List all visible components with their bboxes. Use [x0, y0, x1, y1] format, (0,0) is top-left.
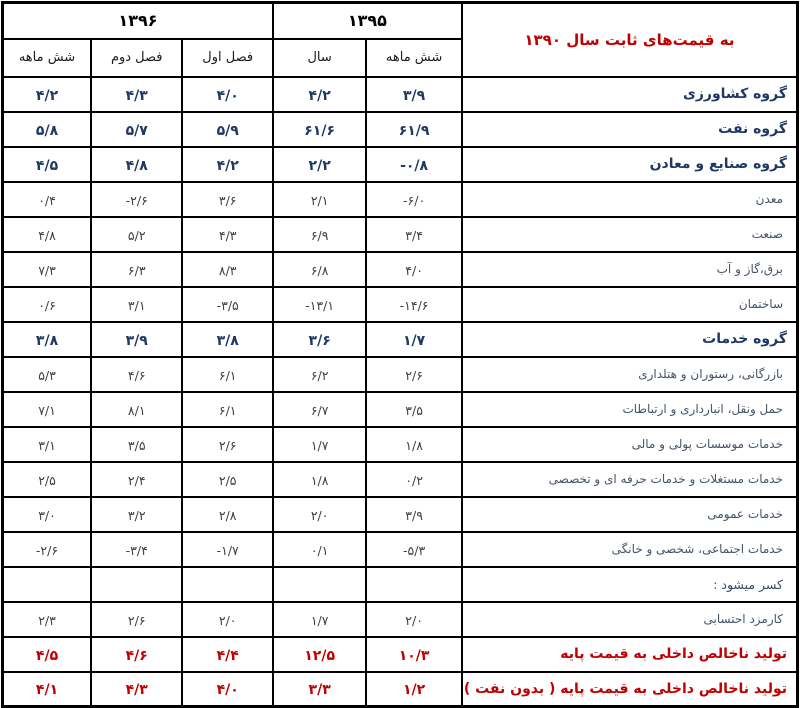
cell-value: -۲/۶	[126, 193, 148, 208]
cell-value: ۶/۳	[128, 263, 146, 278]
table-row: تولید ناخالص داخلی به قیمت پایه ( بدون ن…	[3, 672, 798, 707]
cell-value: ۴/۶	[126, 648, 148, 664]
value-cell: ۶/۷	[273, 392, 366, 427]
value-cell: ۴/۲	[273, 77, 366, 112]
cell-value: ۳/۲	[128, 508, 146, 523]
value-cell: ۴/۶	[91, 357, 182, 392]
col-header-1396-quarter2: فصل دوم	[91, 39, 182, 77]
cell-value: ۲/۳	[38, 613, 56, 628]
gdp-growth-report-page: به قیمت‌های ثابت سال ۱۳۹۰ ۱۳۹۵ ۱۳۹۶ شش م…	[0, 1, 800, 708]
value-cell: ۶۱/۶	[273, 112, 366, 147]
cell-value: ۱۲/۵	[304, 648, 335, 664]
value-cell: ۲/۱	[273, 182, 366, 217]
cell-value: ۳/۹	[405, 508, 423, 523]
value-cell: ۱/۸	[273, 462, 366, 497]
row-label: صنعت	[462, 217, 798, 252]
cell-value: ۴/۲	[309, 88, 331, 104]
cell-value: ۲/۰	[219, 613, 237, 628]
cell-value: ۲/۶	[128, 613, 146, 628]
value-cell: ۳/۲	[91, 497, 182, 532]
cell-value: ۴/۰	[217, 682, 239, 698]
table-row: گروه نفت۶۱/۹۶۱/۶۵/۹۵/۷۵/۸	[3, 112, 798, 147]
cell-value: ۱/۸	[311, 473, 329, 488]
constant-prices-title: به قیمت‌های ثابت سال ۱۳۹۰	[462, 3, 798, 77]
cell-value: ۲/۰	[311, 508, 329, 523]
cell-value: ۶/۲	[311, 368, 329, 383]
cell-value: ۴/۰	[405, 263, 423, 278]
cell-value: ۰/۱	[311, 543, 329, 558]
row-label: خدمات مستغلات و خدمات حرفه ای و تخصصی	[462, 462, 798, 497]
cell-value: ۴/۲	[217, 158, 239, 174]
cell-value: ۶/۱	[219, 403, 237, 418]
value-cell	[3, 567, 92, 602]
cell-value: ۵/۲	[128, 228, 146, 243]
cell-value: ۴/۳	[126, 88, 148, 104]
value-cell: ۵/۲	[91, 217, 182, 252]
cell-value: ۵/۳	[38, 368, 56, 383]
cell-value: ۵/۹	[217, 123, 239, 139]
value-cell: ۲/۰	[182, 602, 272, 637]
value-cell: ۶۱/۹	[366, 112, 461, 147]
row-label: بازرگانی، رستوران و هتلداری	[462, 357, 798, 392]
value-cell: ۲/۶	[366, 357, 461, 392]
value-cell: ۶/۲	[273, 357, 366, 392]
cell-value: ۴/۱	[36, 682, 58, 698]
cell-value: ۶/۷	[311, 403, 329, 418]
value-cell: ۸/۱	[91, 392, 182, 427]
value-cell	[91, 567, 182, 602]
value-cell: ۱۲/۵	[273, 637, 366, 672]
cell-value: ۴/۵	[36, 158, 58, 174]
value-cell: ۵/۸	[3, 112, 92, 147]
row-label: حمل ونقل، انبارداری و ارتباطات	[462, 392, 798, 427]
cell-value: ۲/۰	[405, 613, 423, 628]
table-row: کسر میشود :	[3, 567, 798, 602]
cell-value: ۳/۰	[38, 508, 56, 523]
row-label: تولید ناخالص داخلی به قیمت پایه	[462, 637, 798, 672]
value-cell: ۶/۱	[182, 392, 272, 427]
row-label: تولید ناخالص داخلی به قیمت پایه ( بدون ن…	[462, 672, 798, 707]
value-cell: ۳/۸	[3, 322, 92, 357]
value-cell: -۱۳/۱	[273, 287, 366, 322]
value-cell: ۳/۵	[366, 392, 461, 427]
value-cell: ۴/۰	[182, 672, 272, 707]
value-cell: -۲/۶	[91, 182, 182, 217]
cell-value: ۳/۱	[38, 438, 56, 453]
value-cell: ۵/۹	[182, 112, 272, 147]
cell-value: ۴/۲	[36, 88, 58, 104]
value-cell: ۲/۰	[366, 602, 461, 637]
cell-value: -۱/۷	[217, 543, 239, 558]
value-cell: -۲/۶	[3, 532, 92, 567]
value-cell: ۳/۱	[91, 287, 182, 322]
value-cell: ۲/۶	[182, 427, 272, 462]
cell-value: -۱۴/۶	[400, 298, 429, 313]
value-cell: ۷/۱	[3, 392, 92, 427]
value-cell: ۴/۴	[182, 637, 272, 672]
value-cell: ۶/۳	[91, 252, 182, 287]
cell-value: ۲/۸	[219, 508, 237, 523]
gdp-growth-table: به قیمت‌های ثابت سال ۱۳۹۰ ۱۳۹۵ ۱۳۹۶ شش م…	[1, 1, 799, 708]
year-1396-header: ۱۳۹۶	[3, 3, 273, 39]
cell-value: -۳/۵	[217, 298, 239, 313]
col-header-1396-quarter1: فصل اول	[182, 39, 272, 77]
value-cell: ۲/۰	[273, 497, 366, 532]
value-cell: ۵/۳	[3, 357, 92, 392]
cell-value: ۳/۸	[217, 333, 239, 349]
value-cell: ۰/۲	[366, 462, 461, 497]
cell-value: ۴/۸	[126, 158, 148, 174]
cell-value: ۳/۳	[309, 682, 331, 698]
cell-value: -۲/۶	[36, 543, 58, 558]
table-row: بازرگانی، رستوران و هتلداری۲/۶۶/۲۶/۱۴/۶۵…	[3, 357, 798, 392]
cell-value: ۴/۳	[219, 228, 237, 243]
value-cell: ۳/۹	[366, 497, 461, 532]
cell-value: ۶۱/۹	[399, 123, 430, 139]
cell-value: ۳/۹	[126, 333, 148, 349]
cell-value: ۲/۱	[311, 193, 329, 208]
col-header-1395-six-month: شش ماهه	[366, 39, 461, 77]
value-cell: ۴/۸	[3, 217, 92, 252]
cell-value: ۲/۶	[219, 438, 237, 453]
cell-value: ۴/۸	[38, 228, 56, 243]
value-cell: ۲/۸	[182, 497, 272, 532]
table-row: گروه صنایع و معادن-۰/۸۲/۲۴/۲۴/۸۴/۵	[3, 147, 798, 182]
cell-value: ۲/۴	[128, 473, 146, 488]
row-label: خدمات اجتماعی، شخصی و خانگی	[462, 532, 798, 567]
value-cell: ۳/۵	[91, 427, 182, 462]
cell-value: ۶/۹	[311, 228, 329, 243]
value-cell: ۲/۶	[91, 602, 182, 637]
cell-value: ۱/۲	[403, 682, 425, 698]
cell-value: ۰/۲	[405, 473, 423, 488]
value-cell: ۰/۴	[3, 182, 92, 217]
cell-value: ۱/۷	[311, 438, 329, 453]
value-cell: ۱/۸	[366, 427, 461, 462]
value-cell: ۱۰/۳	[366, 637, 461, 672]
table-header: به قیمت‌های ثابت سال ۱۳۹۰ ۱۳۹۵ ۱۳۹۶ شش م…	[3, 3, 798, 77]
cell-value: ۳/۶	[219, 193, 237, 208]
table-row: کارمزد احتسابی۲/۰۱/۷۲/۰۲/۶۲/۳	[3, 602, 798, 637]
cell-value: ۴/۰	[217, 88, 239, 104]
table-body: گروه کشاورزی۳/۹۴/۲۴/۰۴/۳۴/۲گروه نفت۶۱/۹۶…	[3, 77, 798, 707]
col-header-1396-six-month: شش ماهه	[3, 39, 92, 77]
value-cell: ۶/۱	[182, 357, 272, 392]
value-cell: ۴/۵	[3, 637, 92, 672]
value-cell: ۴/۳	[91, 77, 182, 112]
cell-value: ۸/۱	[128, 403, 146, 418]
row-label: گروه کشاورزی	[462, 77, 798, 112]
table-row: معدن-۶/۰۲/۱۳/۶-۲/۶۰/۴	[3, 182, 798, 217]
cell-value: -۶/۰	[403, 193, 425, 208]
value-cell: ۸/۳	[182, 252, 272, 287]
cell-value: ۲/۵	[38, 473, 56, 488]
table-row: خدمات موسسات پولی و مالی۱/۸۱/۷۲/۶۳/۵۳/۱	[3, 427, 798, 462]
row-label: برق،گاز و آب	[462, 252, 798, 287]
cell-value: ۷/۱	[38, 403, 56, 418]
value-cell: ۳/۸	[182, 322, 272, 357]
col-header-1395-year: سال	[273, 39, 366, 77]
value-cell: ۴/۵	[3, 147, 92, 182]
cell-value: ۳/۴	[405, 228, 423, 243]
value-cell: ۴/۸	[91, 147, 182, 182]
value-cell: ۳/۶	[273, 322, 366, 357]
cell-value: ۸/۳	[219, 263, 237, 278]
value-cell: ۳/۰	[3, 497, 92, 532]
cell-value: ۰/۶	[38, 298, 56, 313]
cell-value: ۲/۶	[405, 368, 423, 383]
value-cell: -۶/۰	[366, 182, 461, 217]
cell-value: -۵/۳	[403, 543, 425, 558]
cell-value: ۳/۵	[405, 403, 423, 418]
value-cell: ۲/۳	[3, 602, 92, 637]
value-cell: ۱/۷	[366, 322, 461, 357]
value-cell: ۴/۰	[182, 77, 272, 112]
value-cell	[366, 567, 461, 602]
value-cell: ۶/۸	[273, 252, 366, 287]
row-label: خدمات موسسات پولی و مالی	[462, 427, 798, 462]
row-label: کارمزد احتسابی	[462, 602, 798, 637]
row-label: خدمات عمومی	[462, 497, 798, 532]
value-cell: ۳/۳	[273, 672, 366, 707]
cell-value: ۱/۷	[403, 333, 425, 349]
cell-value: ۶۱/۶	[304, 123, 335, 139]
table-row: ساختمان-۱۴/۶-۱۳/۱-۳/۵۳/۱۰/۶	[3, 287, 798, 322]
cell-value: ۴/۶	[128, 368, 146, 383]
value-cell: ۱/۷	[273, 427, 366, 462]
value-cell: ۷/۳	[3, 252, 92, 287]
value-cell: ۰/۱	[273, 532, 366, 567]
cell-value: ۳/۱	[128, 298, 146, 313]
table-row: خدمات اجتماعی، شخصی و خانگی-۵/۳۰/۱-۱/۷-۳…	[3, 532, 798, 567]
cell-value: ۱۰/۳	[399, 648, 430, 664]
cell-value: ۱/۸	[405, 438, 423, 453]
value-cell: -۵/۳	[366, 532, 461, 567]
table-row: حمل ونقل، انبارداری و ارتباطات۳/۵۶/۷۶/۱۸…	[3, 392, 798, 427]
cell-value: ۴/۴	[217, 648, 239, 664]
value-cell: ۶/۹	[273, 217, 366, 252]
value-cell: -۳/۴	[91, 532, 182, 567]
cell-value: ۴/۳	[126, 682, 148, 698]
cell-value: ۱/۷	[311, 613, 329, 628]
cell-value: ۷/۳	[38, 263, 56, 278]
value-cell: -۳/۵	[182, 287, 272, 322]
value-cell: ۲/۵	[182, 462, 272, 497]
cell-value: -۰/۸	[400, 158, 428, 174]
cell-value: ۰/۴	[38, 193, 56, 208]
table-row: خدمات عمومی۳/۹۲/۰۲/۸۳/۲۳/۰	[3, 497, 798, 532]
row-label: معدن	[462, 182, 798, 217]
value-cell: ۴/۲	[3, 77, 92, 112]
table-row: صنعت۳/۴۶/۹۴/۳۵/۲۴/۸	[3, 217, 798, 252]
value-cell: ۵/۷	[91, 112, 182, 147]
value-cell: ۳/۱	[3, 427, 92, 462]
value-cell: ۳/۶	[182, 182, 272, 217]
cell-value: ۵/۷	[126, 123, 148, 139]
value-cell: ۲/۵	[3, 462, 92, 497]
table-row: برق،گاز و آب۴/۰۶/۸۸/۳۶/۳۷/۳	[3, 252, 798, 287]
year-1395-header: ۱۳۹۵	[273, 3, 462, 39]
value-cell: ۱/۷	[273, 602, 366, 637]
cell-value: ۶/۸	[311, 263, 329, 278]
table-row: گروه خدمات۱/۷۳/۶۳/۸۳/۹۳/۸	[3, 322, 798, 357]
row-label: گروه صنایع و معادن	[462, 147, 798, 182]
table-row: خدمات مستغلات و خدمات حرفه ای و تخصصی۰/۲…	[3, 462, 798, 497]
value-cell: ۳/۴	[366, 217, 461, 252]
value-cell	[182, 567, 272, 602]
value-cell: ۴/۳	[91, 672, 182, 707]
cell-value: ۴/۵	[36, 648, 58, 664]
cell-value: ۳/۶	[309, 333, 331, 349]
row-label: گروه نفت	[462, 112, 798, 147]
value-cell: ۴/۲	[182, 147, 272, 182]
value-cell: ۰/۶	[3, 287, 92, 322]
value-cell: -۱۴/۶	[366, 287, 461, 322]
cell-value: ۲/۵	[219, 473, 237, 488]
cell-value: ۳/۵	[128, 438, 146, 453]
cell-value: ۳/۹	[403, 88, 425, 104]
cell-value: ۵/۸	[36, 123, 58, 139]
value-cell: ۱/۲	[366, 672, 461, 707]
table-row: تولید ناخالص داخلی به قیمت پایه۱۰/۳۱۲/۵۴…	[3, 637, 798, 672]
cell-value: ۳/۸	[36, 333, 58, 349]
value-cell: ۲/۲	[273, 147, 366, 182]
value-cell: ۴/۳	[182, 217, 272, 252]
cell-value: ۶/۱	[219, 368, 237, 383]
value-cell: ۳/۹	[91, 322, 182, 357]
value-cell: ۳/۹	[366, 77, 461, 112]
table-row: گروه کشاورزی۳/۹۴/۲۴/۰۴/۳۴/۲	[3, 77, 798, 112]
row-label: ساختمان	[462, 287, 798, 322]
row-label: کسر میشود :	[462, 567, 798, 602]
cell-value: -۳/۴	[126, 543, 148, 558]
value-cell: ۴/۱	[3, 672, 92, 707]
value-cell: ۲/۴	[91, 462, 182, 497]
row-label: گروه خدمات	[462, 322, 798, 357]
value-cell: ۴/۶	[91, 637, 182, 672]
value-cell: -۰/۸	[366, 147, 461, 182]
cell-value: ۲/۲	[309, 158, 331, 174]
cell-value: -۱۳/۱	[305, 298, 334, 313]
value-cell: -۱/۷	[182, 532, 272, 567]
value-cell	[273, 567, 366, 602]
year-header-row: به قیمت‌های ثابت سال ۱۳۹۰ ۱۳۹۵ ۱۳۹۶	[3, 3, 798, 39]
value-cell: ۴/۰	[366, 252, 461, 287]
